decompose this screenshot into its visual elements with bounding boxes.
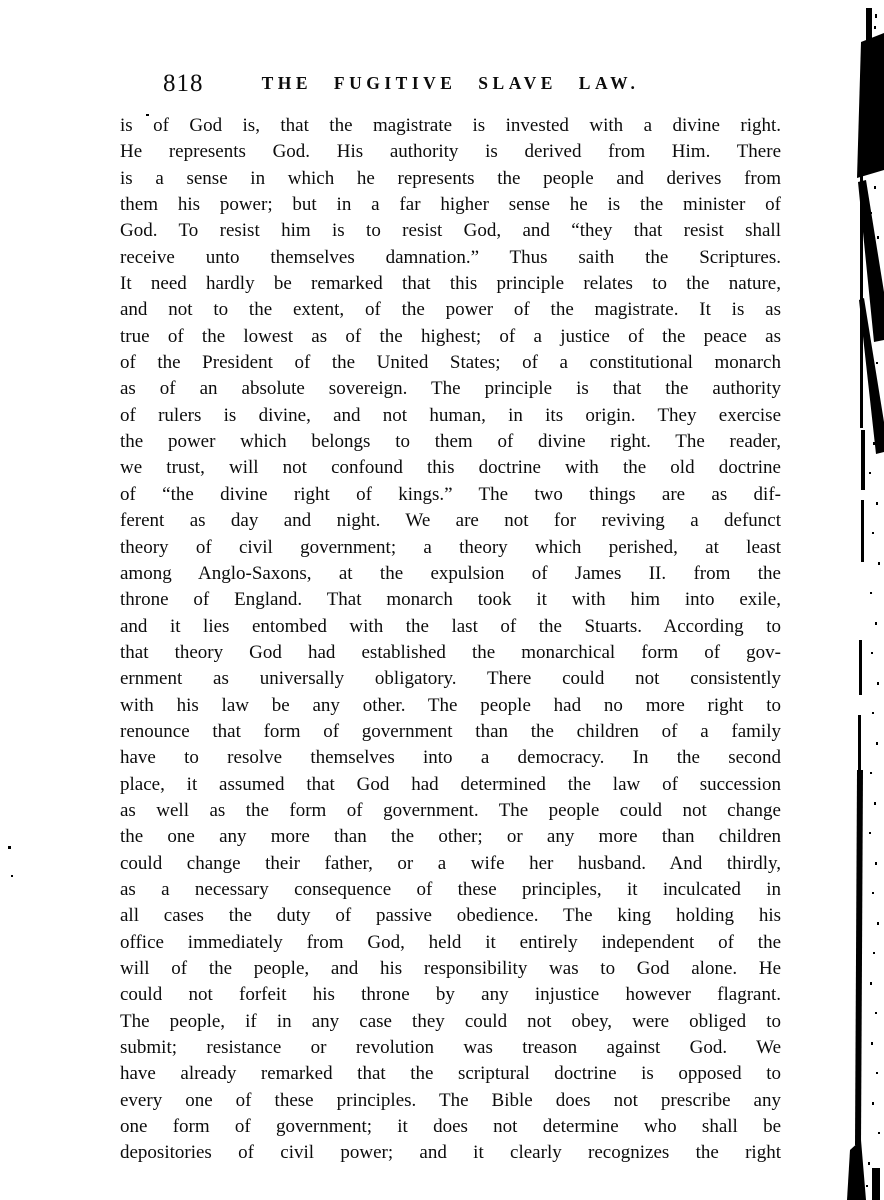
text-line: renounce that form of government than th… [120, 719, 781, 745]
text-line: them his power; but in a far higher sens… [120, 192, 781, 218]
text-line: The people, if in any case they could no… [120, 1009, 781, 1035]
text-line: God. To resist him is to resist God, and… [120, 218, 781, 244]
text-line: It need hardly be remarked that this pri… [120, 271, 781, 297]
text-line: true of the lowest as of the highest; of… [120, 324, 781, 350]
text-line: could not forfeit his throne by any inju… [120, 982, 781, 1008]
text-line: receive unto themselves damnation.” Thus… [120, 245, 781, 271]
text-line: among Anglo-Saxons, at the expulsion of … [120, 561, 781, 587]
body-text: is of God is, that the magistrate is inv… [120, 113, 781, 1167]
text-line: have already remarked that the scriptura… [120, 1061, 781, 1087]
text-line: as a necessary consequence of these prin… [120, 877, 781, 903]
text-line: depositories of civil power; and it clea… [120, 1140, 781, 1166]
text-line: have to resolve themselves into a democr… [120, 745, 781, 771]
scanned-book-page: 818 THE FUGITIVE SLAVE LAW. is of God is… [0, 0, 884, 1200]
text-line: of rulers is divine, and not human, in i… [120, 403, 781, 429]
text-line: the one any more than the other; or any … [120, 824, 781, 850]
text-line: as of an absolute sovereign. The princip… [120, 376, 781, 402]
text-line: place, it assumed that God had determine… [120, 772, 781, 798]
running-head: 818 THE FUGITIVE SLAVE LAW. [0, 70, 884, 104]
text-line: of the President of the United States; o… [120, 350, 781, 376]
text-line: theory of civil government; a theory whi… [120, 535, 781, 561]
text-line: could change their father, or a wife her… [120, 851, 781, 877]
text-line: and it lies entombed with the last of th… [120, 614, 781, 640]
text-line: ferent as day and night. We are not for … [120, 508, 781, 534]
text-line: all cases the duty of passive obedience.… [120, 903, 781, 929]
running-title: THE FUGITIVE SLAVE LAW. [120, 73, 781, 94]
text-line: the power which belongs to them of divin… [120, 429, 781, 455]
text-line: of “the divine right of kings.” The two … [120, 482, 781, 508]
text-line: every one of these principles. The Bible… [120, 1088, 781, 1114]
text-line: will of the people, and his responsibili… [120, 956, 781, 982]
text-line: ernment as universally obligatory. There… [120, 666, 781, 692]
text-line: throne of England. That monarch took it … [120, 587, 781, 613]
text-line: office immediately from God, held it ent… [120, 930, 781, 956]
text-line: submit; resistance or revolution was tre… [120, 1035, 781, 1061]
text-line: with his law be any other. The people ha… [120, 693, 781, 719]
text-line: as well as the form of government. The p… [120, 798, 781, 824]
text-line: we trust, will not confound this doctrin… [120, 455, 781, 481]
text-line: He represents God. His authority is deri… [120, 139, 781, 165]
text-line: one form of government; it does not dete… [120, 1114, 781, 1140]
text-line: and not to the extent, of the power of t… [120, 297, 781, 323]
text-line: that theory God had established the mona… [120, 640, 781, 666]
text-line: is of God is, that the magistrate is inv… [120, 113, 781, 139]
text-line: is a sense in which he represents the pe… [120, 166, 781, 192]
